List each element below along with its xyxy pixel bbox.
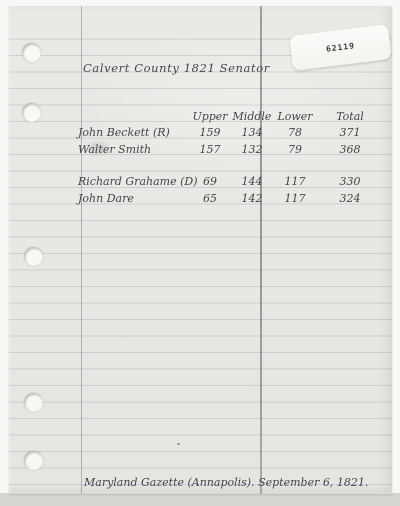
vote-count-lower: 78 bbox=[274, 126, 316, 140]
vote-count-middle: 134 bbox=[230, 126, 274, 140]
notebook-page: 62119 Calvert County 1821 Senator Upper … bbox=[9, 6, 392, 494]
column-header-total: Total bbox=[316, 110, 384, 124]
table-row: Richard Grahame (D) 69 144 117 330 bbox=[78, 175, 384, 189]
vote-count-total: 324 bbox=[316, 192, 384, 206]
punch-hole bbox=[24, 451, 43, 470]
vote-count-upper: 65 bbox=[190, 192, 230, 206]
vote-count-total: 371 bbox=[316, 126, 384, 140]
vote-count-upper: 157 bbox=[190, 143, 230, 157]
source-citation: Maryland Gazette (Annapolis). September … bbox=[84, 476, 368, 489]
vote-count-middle: 132 bbox=[230, 143, 274, 157]
vote-count-upper: 159 bbox=[190, 126, 230, 140]
center-fold-line bbox=[260, 6, 262, 494]
candidate-name: John Dare bbox=[78, 192, 190, 206]
punch-hole bbox=[22, 103, 41, 122]
name-column-spacer bbox=[78, 110, 190, 124]
candidate-name: Walter Smith bbox=[78, 143, 190, 157]
document-title: Calvert County 1821 Senator bbox=[83, 61, 270, 75]
table-row: John Dare 65 142 117 324 bbox=[78, 192, 384, 206]
scanner-bed-strip bbox=[0, 493, 400, 506]
margin-line bbox=[81, 6, 82, 494]
candidate-name: John Beckett (R) bbox=[78, 126, 190, 140]
paper-speck bbox=[177, 443, 180, 445]
vote-count-upper: 69 bbox=[190, 175, 230, 189]
table-row: John Beckett (R) 159 134 78 371 bbox=[78, 126, 384, 140]
vote-count-total: 330 bbox=[316, 175, 384, 189]
catalog-number: 62119 bbox=[326, 41, 356, 53]
punch-hole bbox=[22, 43, 41, 62]
punch-hole bbox=[24, 247, 43, 266]
column-header-upper: Upper bbox=[190, 110, 230, 124]
punch-hole bbox=[24, 393, 43, 412]
candidate-name: Richard Grahame (D) bbox=[78, 175, 190, 189]
column-header-lower: Lower bbox=[274, 110, 316, 124]
vote-count-middle: 142 bbox=[230, 192, 274, 206]
vote-count-lower: 117 bbox=[274, 175, 316, 189]
table-header-row: Upper Middle Lower Total bbox=[78, 110, 384, 124]
vote-count-middle: 144 bbox=[230, 175, 274, 189]
vote-count-lower: 117 bbox=[274, 192, 316, 206]
vote-count-lower: 79 bbox=[274, 143, 316, 157]
vote-count-total: 368 bbox=[316, 143, 384, 157]
column-header-middle: Middle bbox=[230, 110, 274, 124]
table-row: Walter Smith 157 132 79 368 bbox=[78, 143, 384, 157]
ruled-lines bbox=[9, 23, 392, 488]
